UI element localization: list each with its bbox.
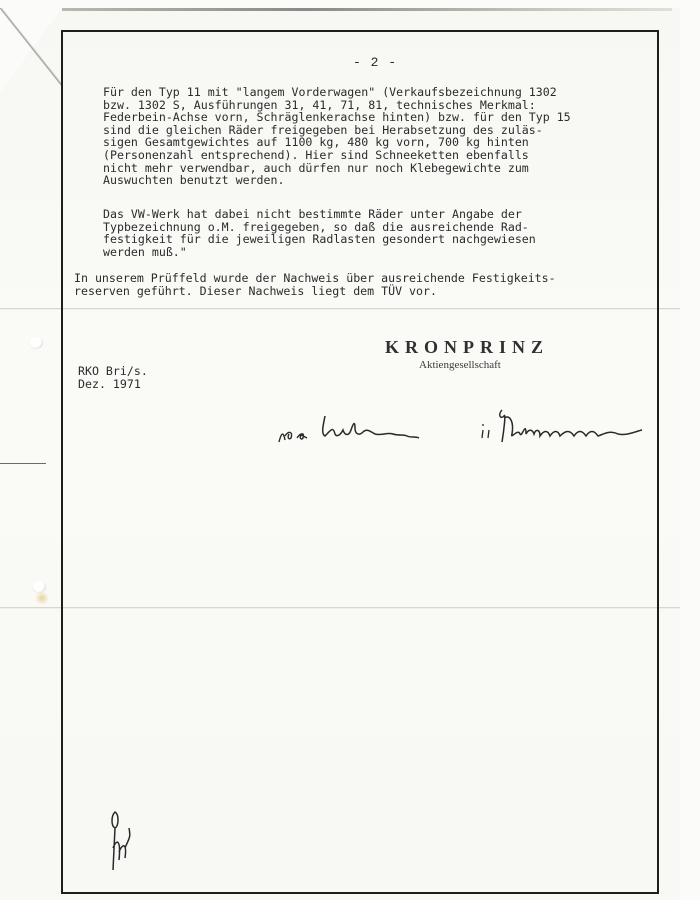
body-paragraph: In unserem Prüffeld wurde der Nachweis ü…: [74, 272, 556, 297]
signature-ppa: [275, 400, 445, 450]
company-stamp-name: KRONPRINZ: [385, 337, 549, 358]
signature-icon: [478, 400, 658, 450]
handwritten-initials: [105, 808, 145, 872]
page-number: - 2 -: [345, 55, 405, 70]
initials-icon: [105, 808, 145, 872]
body-paragraph: Das VW-Werk hat dabei nicht bestimmte Rä…: [103, 208, 536, 258]
signature-iv: [478, 400, 658, 450]
company-stamp-type: Aktiengesellschaft: [419, 359, 501, 371]
body-paragraph: Für den Typ 11 mit "langem Vorderwagen" …: [103, 86, 571, 187]
paper-top-edge: [62, 8, 672, 11]
paper-stain: [34, 592, 50, 604]
margin-mark: [0, 463, 46, 464]
signature-icon: [275, 400, 445, 450]
punch-hole: [29, 337, 43, 349]
folded-corner: [0, 8, 62, 86]
reference-date: RKO Bri/s. Dez. 1971: [78, 365, 148, 390]
